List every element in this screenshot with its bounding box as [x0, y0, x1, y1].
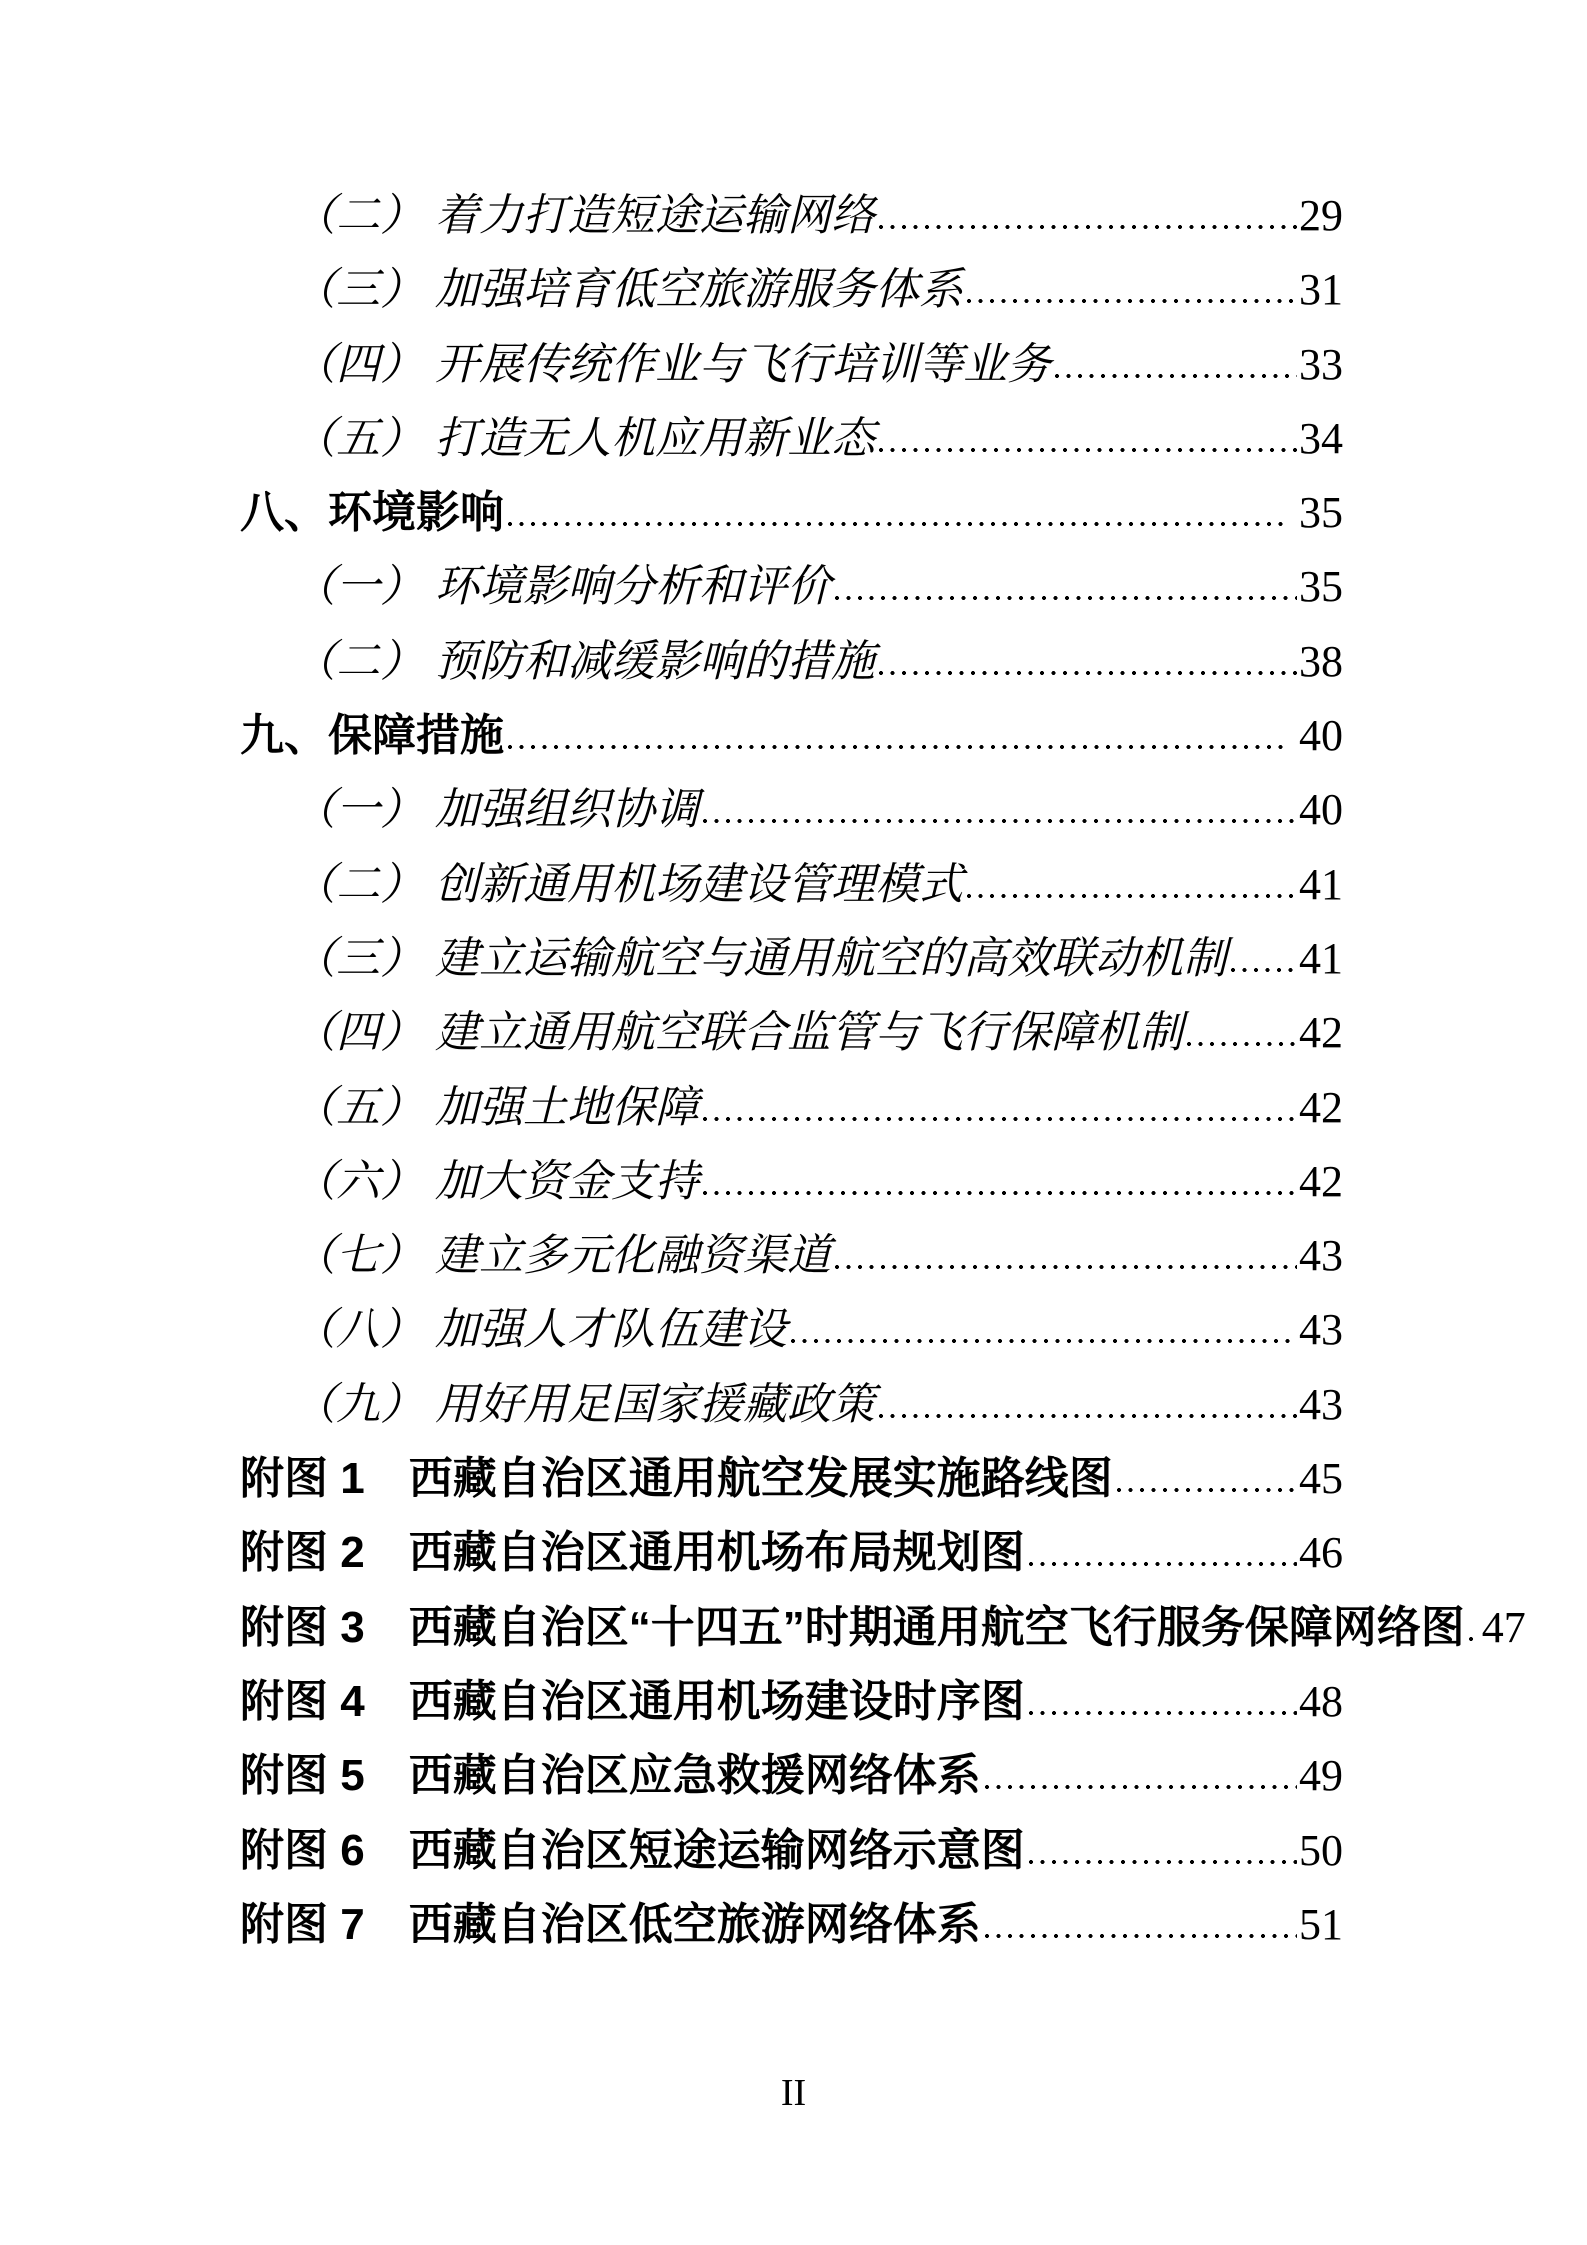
toc-row[interactable]: 附图 3 西藏自治区“十四五”时期通用航空飞行服务保障网络图47	[240, 1591, 1343, 1665]
toc-entry-label: （三） 建立运输航空与通用航空的高效联动机制	[292, 922, 1227, 996]
toc-dot-leader	[1186, 1041, 1297, 1047]
toc-entry-label: 附图 2 西藏自治区通用机场布局规划图	[240, 1516, 1025, 1590]
toc-page-number: 42	[1297, 1071, 1343, 1145]
toc-entry-label: 八、环境影响	[240, 476, 504, 550]
toc-entry-label: 附图 5 西藏自治区应急救援网络体系	[240, 1739, 981, 1813]
toc-dot-leader	[1468, 1636, 1480, 1642]
toc-entry-label: （四） 建立通用航空联合监管与飞行保障机制	[292, 996, 1183, 1070]
toc-dot-leader	[1028, 1859, 1297, 1865]
toc-dot-leader	[834, 595, 1297, 601]
toc-row[interactable]: （三） 加强培育低空旅游服务体系31	[240, 253, 1343, 327]
toc-entry-label: （六） 加大资金支持	[292, 1145, 699, 1219]
toc-dot-leader	[966, 893, 1297, 899]
toc-entry-label: （二） 预防和减缓影响的措施	[292, 625, 875, 699]
toc-entry-label: （二） 着力打造短途运输网络	[292, 179, 875, 253]
toc-page-number: 33	[1297, 328, 1343, 402]
toc-row[interactable]: 附图 1 西藏自治区通用航空发展实施路线图45	[240, 1442, 1343, 1516]
toc-page-number: 35	[1285, 476, 1343, 550]
page-number: II	[781, 2072, 806, 2114]
toc-page-number: 42	[1297, 996, 1343, 1070]
toc-row[interactable]: 九、保障措施40	[240, 699, 1343, 773]
toc-page-number: 41	[1297, 922, 1343, 996]
toc-row[interactable]: 附图 2 西藏自治区通用机场布局规划图46	[240, 1516, 1343, 1590]
toc-dot-leader	[878, 447, 1297, 453]
toc-page-number: 40	[1297, 773, 1343, 847]
toc-dot-leader	[834, 1264, 1297, 1270]
toc-entry-label: （一） 环境影响分析和评价	[292, 550, 831, 624]
toc-dot-leader	[878, 1413, 1297, 1419]
page-footer: II	[0, 2072, 1587, 2114]
toc-page-number: 41	[1297, 848, 1343, 922]
toc-dot-leader	[878, 670, 1297, 676]
toc-row[interactable]: （七） 建立多元化融资渠道43	[240, 1219, 1343, 1293]
toc-entry-label: （七） 建立多元化融资渠道	[292, 1219, 831, 1293]
toc-entry-label: （八） 加强人才队伍建设	[292, 1293, 787, 1367]
toc-row[interactable]: （五） 加强土地保障42	[240, 1071, 1343, 1145]
toc-row[interactable]: 附图 4 西藏自治区通用机场建设时序图48	[240, 1665, 1343, 1739]
toc-row[interactable]: （五） 打造无人机应用新业态34	[240, 402, 1343, 476]
toc-dot-leader	[966, 298, 1297, 304]
toc-row[interactable]: 附图 5 西藏自治区应急救援网络体系49	[240, 1739, 1343, 1813]
toc-row[interactable]: 附图 7 西藏自治区低空旅游网络体系51	[240, 1888, 1343, 1962]
toc-page-number: 34	[1297, 402, 1343, 476]
toc-dot-leader	[1028, 1710, 1297, 1716]
toc-entry-label: 附图 1 西藏自治区通用航空发展实施路线图	[240, 1442, 1113, 1516]
toc-entry-label: （三） 加强培育低空旅游服务体系	[292, 253, 963, 327]
toc-page-number: 42	[1297, 1145, 1343, 1219]
toc-entry-label: 九、保障措施	[240, 699, 504, 773]
toc-row[interactable]: （二） 预防和减缓影响的措施38	[240, 625, 1343, 699]
toc-page-number: 38	[1297, 625, 1343, 699]
toc-dot-leader	[790, 1338, 1297, 1344]
toc-page-number: 29	[1297, 179, 1343, 253]
toc-page-number: 47	[1480, 1591, 1526, 1665]
toc-dot-leader	[1028, 1561, 1297, 1567]
toc-row[interactable]: 附图 6 西藏自治区短途运输网络示意图50	[240, 1814, 1343, 1888]
toc-dot-leader	[702, 1116, 1297, 1122]
toc-dot-leader	[1230, 967, 1297, 973]
toc-page-number: 31	[1297, 253, 1343, 327]
toc-entry-label: 附图 6 西藏自治区短途运输网络示意图	[240, 1814, 1025, 1888]
toc-entry-label: （一） 加强组织协调	[292, 773, 699, 847]
toc-dot-leader	[702, 1190, 1297, 1196]
toc-entry-label: （二） 创新通用机场建设管理模式	[292, 848, 963, 922]
toc-dot-leader	[507, 521, 1285, 527]
toc-list: （二） 着力打造短途运输网络29（三） 加强培育低空旅游服务体系31（四） 开展…	[240, 179, 1343, 1962]
toc-dot-leader	[507, 744, 1285, 750]
toc-dot-leader	[984, 1933, 1297, 1939]
toc-dot-leader	[984, 1784, 1297, 1790]
toc-dot-leader	[1116, 1487, 1297, 1493]
toc-row[interactable]: （一） 加强组织协调40	[240, 773, 1343, 847]
toc-entry-label: （五） 打造无人机应用新业态	[292, 402, 875, 476]
toc-entry-label: （九） 用好用足国家援藏政策	[292, 1368, 875, 1442]
toc-entry-label: （四） 开展传统作业与飞行培训等业务	[292, 328, 1051, 402]
toc-page-number: 49	[1297, 1739, 1343, 1813]
toc-page-number: 48	[1297, 1665, 1343, 1739]
toc-page-number: 46	[1297, 1516, 1343, 1590]
toc-row[interactable]: （六） 加大资金支持42	[240, 1145, 1343, 1219]
toc-row[interactable]: （四） 建立通用航空联合监管与飞行保障机制42	[240, 996, 1343, 1070]
toc-row[interactable]: （八） 加强人才队伍建设43	[240, 1293, 1343, 1367]
toc-page-number: 43	[1297, 1219, 1343, 1293]
toc-row[interactable]: （四） 开展传统作业与飞行培训等业务33	[240, 328, 1343, 402]
toc-page-number: 51	[1297, 1888, 1343, 1962]
toc-entry-label: 附图 3 西藏自治区“十四五”时期通用航空飞行服务保障网络图	[240, 1591, 1465, 1665]
toc-row[interactable]: （九） 用好用足国家援藏政策43	[240, 1368, 1343, 1442]
toc-row[interactable]: 八、环境影响35	[240, 476, 1343, 550]
toc-entry-label: 附图 7 西藏自治区低空旅游网络体系	[240, 1888, 981, 1962]
toc-dot-leader	[702, 818, 1297, 824]
toc-entry-label: 附图 4 西藏自治区通用机场建设时序图	[240, 1665, 1025, 1739]
toc-page-number: 45	[1297, 1442, 1343, 1516]
document-page: （二） 着力打造短途运输网络29（三） 加强培育低空旅游服务体系31（四） 开展…	[0, 0, 1587, 2245]
toc-row[interactable]: （一） 环境影响分析和评价35	[240, 550, 1343, 624]
toc-page-number: 43	[1297, 1368, 1343, 1442]
toc-dot-leader	[878, 224, 1297, 230]
toc-row[interactable]: （三） 建立运输航空与通用航空的高效联动机制41	[240, 922, 1343, 996]
toc-page-number: 43	[1297, 1293, 1343, 1367]
toc-row[interactable]: （二） 着力打造短途运输网络29	[240, 179, 1343, 253]
toc-row[interactable]: （二） 创新通用机场建设管理模式41	[240, 848, 1343, 922]
toc-page-number: 50	[1297, 1814, 1343, 1888]
toc-page-number: 40	[1285, 699, 1343, 773]
toc-entry-label: （五） 加强土地保障	[292, 1071, 699, 1145]
toc-page-number: 35	[1297, 550, 1343, 624]
toc-dot-leader	[1054, 373, 1297, 379]
